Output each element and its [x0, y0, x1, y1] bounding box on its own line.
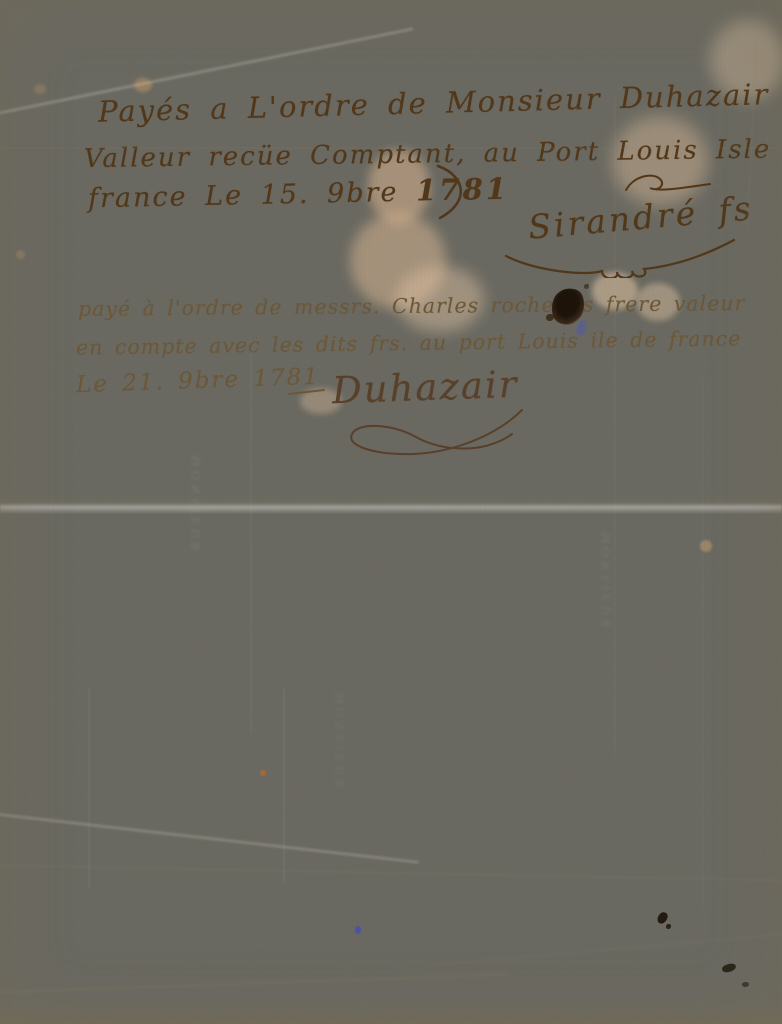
- paren-flourish-icon: [428, 158, 478, 226]
- show-through-text: MONSIEUR: [332, 692, 348, 882]
- fold-crease: [0, 496, 782, 514]
- date-text: france Le 15. 9bre: [88, 177, 417, 215]
- fold-crease: [0, 864, 782, 882]
- bottom-edge-shading: [0, 1000, 782, 1024]
- foxing-spot: [260, 770, 266, 776]
- ink-speck: [656, 911, 669, 926]
- fold-crease: [0, 812, 419, 864]
- blue-pen-mark: [355, 926, 361, 934]
- handwritten-line: en compte avec les dits frs. au port Lou…: [76, 326, 742, 359]
- show-through-line: [250, 340, 252, 732]
- show-through-line: [283, 688, 285, 884]
- foxing-spot: [16, 250, 25, 259]
- handwritten-line: payé à l'ordre de messrs. Charles rochel…: [78, 291, 745, 321]
- dash-flourish-icon: [286, 386, 328, 398]
- ink-speck: [584, 284, 589, 289]
- fold-crease: [431, 932, 782, 966]
- show-through-text: MONSIEUR: [188, 455, 204, 630]
- foxing-spot: [134, 78, 152, 92]
- fold-crease: [0, 973, 510, 994]
- ink-speck: [742, 982, 749, 987]
- ink-speck: [666, 924, 671, 929]
- show-through-text: MONSIEUR: [598, 532, 614, 737]
- manuscript-page: MONSIEUR MONSIEUR MONSIEUR Payés a L'ord…: [0, 0, 782, 1024]
- date-line: Le 21. 9bre 1781: [76, 364, 321, 398]
- ink-speck: [721, 963, 736, 974]
- handwritten-line: Payés a L'ordre de Monsieur Duhazair: [98, 77, 770, 129]
- signature-flourish-icon: [326, 404, 540, 462]
- signature-flourish-icon: [498, 232, 742, 278]
- foxing-spot: [34, 84, 46, 94]
- foxing-spot: [700, 540, 712, 552]
- show-through-line: [702, 378, 710, 908]
- show-through-line: [88, 688, 90, 888]
